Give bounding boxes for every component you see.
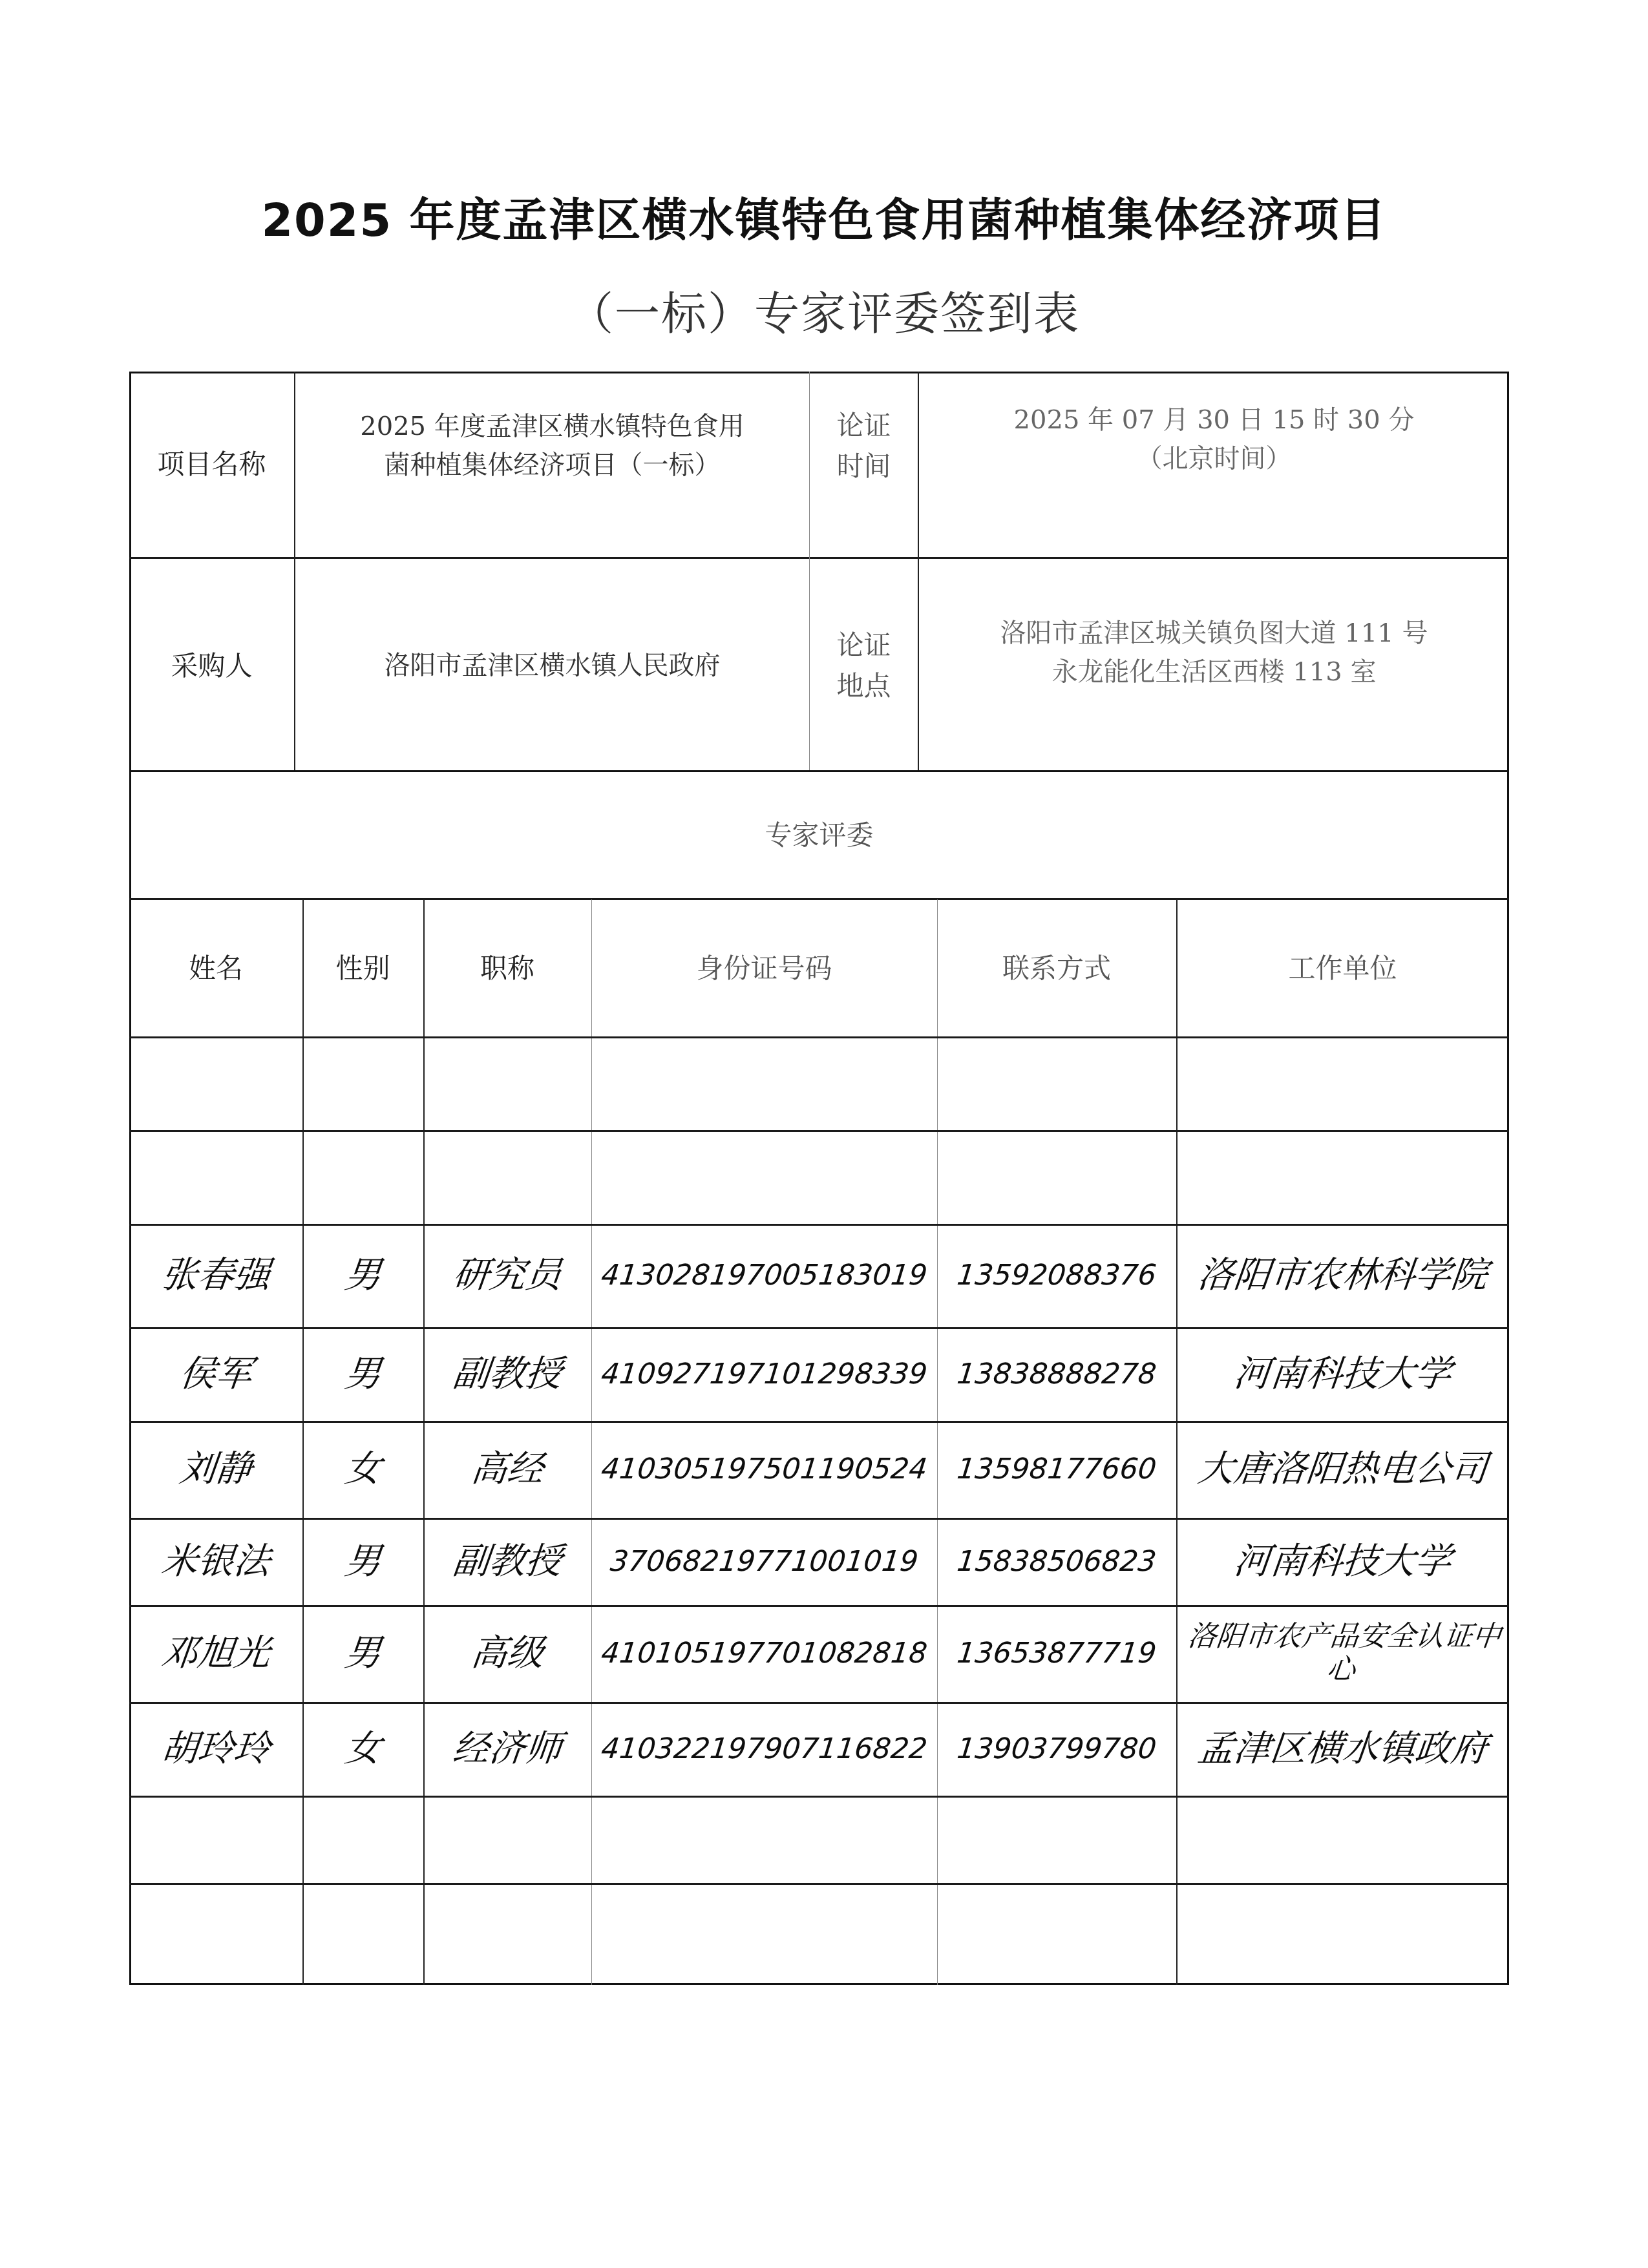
cell-title: 副教授	[418, 1327, 596, 1421]
cell-phone: 13592088376	[932, 1224, 1182, 1327]
cell-gender: 男	[297, 1224, 429, 1327]
cell-name: 侯军	[124, 1327, 307, 1421]
cell-organization: 洛阳市农产品安全认证中心	[1171, 1605, 1514, 1702]
cell-id-number	[587, 1883, 942, 1967]
cell-name: 刘静	[124, 1421, 308, 1518]
cell-organization	[1171, 1036, 1514, 1130]
cell-name	[125, 1796, 307, 1883]
purchaser-value: 洛阳市孟津区横水镇人民政府	[295, 559, 809, 772]
cell-gender: 女	[297, 1421, 428, 1518]
column-header-title: 职称	[423, 899, 591, 1036]
document-subtitle: （一标）专家评委签到表	[0, 278, 1648, 343]
project-name-value: 2025 年度孟津区横水镇特色食用 菌种植集体经济项目（一标）	[295, 372, 809, 520]
place-label: 论证 地点	[810, 559, 918, 772]
cell-id-number: 413028197005183019	[586, 1224, 943, 1327]
cell-id-number: 410927197101298339	[586, 1327, 942, 1421]
project-name-label: 项目名称	[129, 372, 294, 557]
cell-name	[124, 1036, 307, 1130]
cell-title	[418, 1036, 596, 1130]
cell-title: 副教授	[419, 1518, 596, 1605]
cell-organization: 孟津区横水镇政府	[1171, 1702, 1514, 1796]
cell-title	[419, 1796, 596, 1883]
cell-organization: 河南科技大学	[1172, 1518, 1514, 1605]
cell-title: 高经	[418, 1421, 597, 1518]
column-header-organization: 工作单位	[1176, 899, 1509, 1036]
cell-name: 米银法	[125, 1518, 307, 1605]
cell-gender: 男	[298, 1518, 428, 1605]
cell-title	[419, 1883, 596, 1967]
cell-id-number: 410105197701082818	[586, 1605, 942, 1702]
column-header-phone: 联系方式	[937, 899, 1176, 1036]
cell-title	[418, 1130, 596, 1224]
cell-phone	[932, 1036, 1181, 1130]
cell-phone: 13653877719	[932, 1605, 1181, 1702]
column-header-gender: 性别	[302, 899, 423, 1036]
cell-phone: 13903799780	[932, 1702, 1181, 1796]
cell-id-number: 410305197501190524	[586, 1421, 942, 1518]
cell-organization: 洛阳市农林科学院	[1171, 1224, 1515, 1327]
cell-gender: 女	[297, 1702, 428, 1796]
cell-gender	[298, 1796, 428, 1883]
cell-id-number	[586, 1036, 942, 1130]
cell-id-number: 37068219771001019	[587, 1518, 942, 1605]
cell-name	[125, 1883, 307, 1967]
cell-phone: 13838888278	[932, 1327, 1181, 1421]
cell-phone: 15838506823	[933, 1518, 1181, 1605]
cell-name: 胡玲玲	[124, 1702, 307, 1796]
cell-name: 邓旭光	[124, 1605, 308, 1702]
time-label: 论证 时间	[810, 372, 918, 520]
cell-name	[124, 1130, 307, 1224]
cell-phone	[932, 1130, 1181, 1224]
cell-organization	[1172, 1883, 1514, 1967]
cell-id-number: 410322197907116822	[586, 1702, 942, 1796]
cell-phone	[933, 1796, 1181, 1883]
cell-gender	[298, 1883, 428, 1967]
document-title: 2025 年度孟津区横水镇特色食用菌种植集体经济项目	[0, 184, 1648, 249]
cell-organization: 大唐洛阳热电公司	[1171, 1421, 1514, 1518]
cell-phone	[933, 1883, 1181, 1967]
cell-gender	[297, 1130, 428, 1224]
cell-title: 研究员	[418, 1224, 597, 1327]
cell-phone: 13598177660	[932, 1421, 1181, 1518]
cell-id-number	[587, 1796, 942, 1883]
cell-title: 经济师	[418, 1702, 596, 1796]
cell-id-number	[586, 1130, 942, 1224]
column-header-id-number: 身份证号码	[591, 899, 937, 1036]
cell-organization	[1171, 1130, 1514, 1224]
purchaser-label: 采购人	[129, 559, 294, 772]
time-value: 2025 年 07 月 30 日 15 时 30 分 （北京时间）	[919, 372, 1509, 507]
cell-gender: 男	[297, 1327, 428, 1421]
cell-organization	[1172, 1796, 1514, 1883]
cell-organization: 河南科技大学	[1171, 1327, 1514, 1421]
cell-gender	[297, 1036, 428, 1130]
cell-title: 高级	[418, 1605, 597, 1702]
place-value: 洛阳市孟津区城关镇负图大道 111 号 永龙能化生活区西楼 113 室	[919, 559, 1509, 746]
cell-name: 张春强	[124, 1224, 308, 1327]
cell-gender: 男	[297, 1605, 428, 1702]
column-header-name: 姓名	[129, 899, 302, 1036]
expert-section-header: 专家评委	[129, 770, 1509, 899]
